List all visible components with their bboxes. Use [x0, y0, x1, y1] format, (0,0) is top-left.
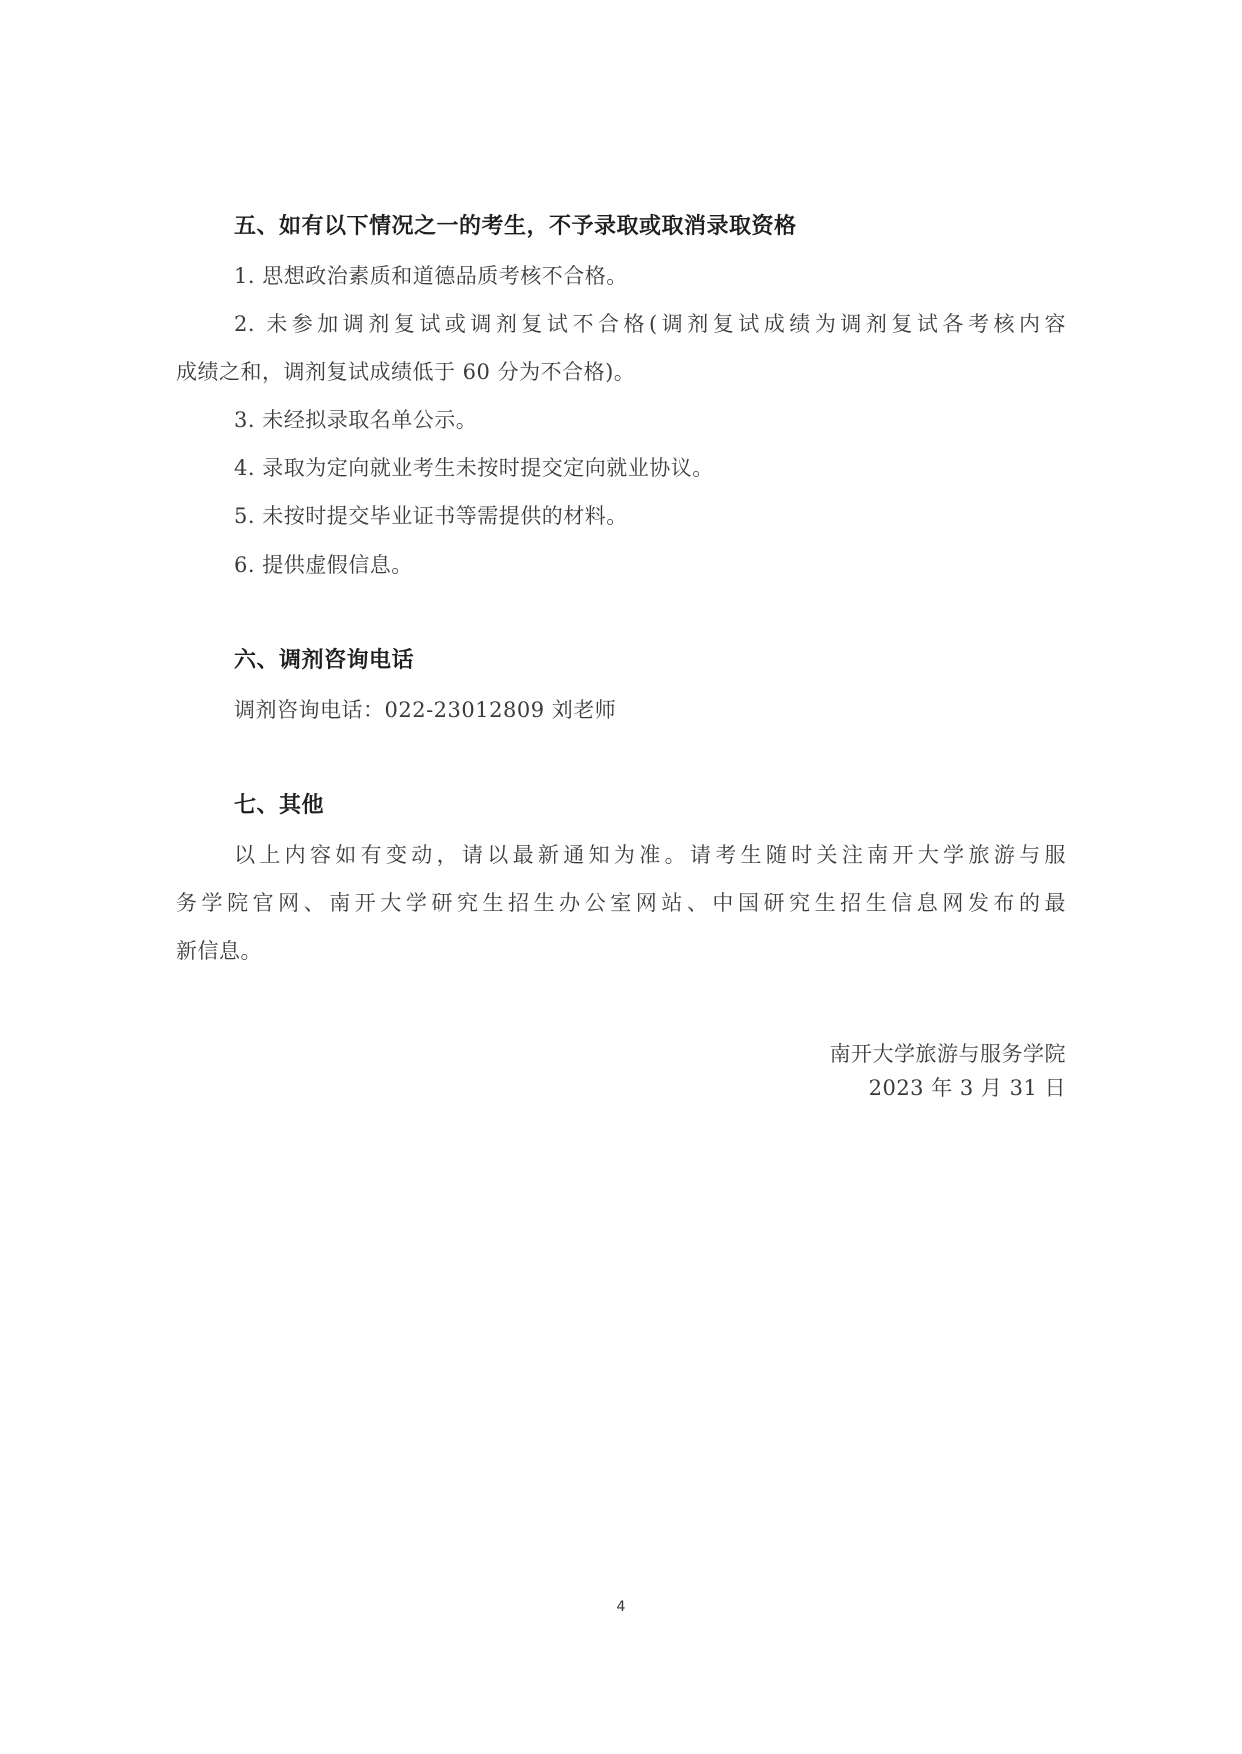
section-5-item-1: 1. 思想政治素质和道德品质考核不合格。: [234, 262, 628, 290]
section-5-item-2-continued: 成绩之和，调剂复试成绩低于 60 分为不合格)。: [176, 358, 635, 386]
section-5-item-4: 4. 录取为定向就业考生未按时提交定向就业协议。: [234, 454, 714, 482]
contact-phone-line: 调剂咨询电话：022-23012809 刘老师: [234, 696, 616, 724]
document-page: 五、如有以下情况之一的考生，不予录取或取消录取资格 1. 思想政治素质和道德品质…: [0, 0, 1242, 1754]
section-7-paragraph-line-2: 务学院官网、南开大学研究生招生办公室网站、中国研究生招生信息网发布的最: [176, 889, 1066, 917]
section-5-item-5: 5. 未按时提交毕业证书等需提供的材料。: [234, 502, 628, 530]
section-5-heading: 五、如有以下情况之一的考生，不予录取或取消录取资格: [234, 213, 797, 241]
section-5-item-3: 3. 未经拟录取名单公示。: [234, 406, 477, 434]
section-7-paragraph-line-3: 新信息。: [176, 937, 262, 965]
page-number: 4: [0, 1599, 1242, 1615]
section-5-item-6: 6. 提供虚假信息。: [234, 551, 413, 579]
signature-date: 2023 年 3 月 31 日: [869, 1074, 1066, 1102]
section-5-item-2: 2. 未参加调剂复试或调剂复试不合格(调剂复试成绩为调剂复试各考核内容: [234, 310, 1066, 338]
section-6-heading: 六、调剂咨询电话: [234, 647, 414, 675]
signature-organization: 南开大学旅游与服务学院: [830, 1040, 1067, 1068]
section-7-paragraph-line-1: 以上内容如有变动，请以最新通知为准。请考生随时关注南开大学旅游与服: [234, 841, 1066, 869]
section-7-heading: 七、其他: [234, 792, 324, 820]
